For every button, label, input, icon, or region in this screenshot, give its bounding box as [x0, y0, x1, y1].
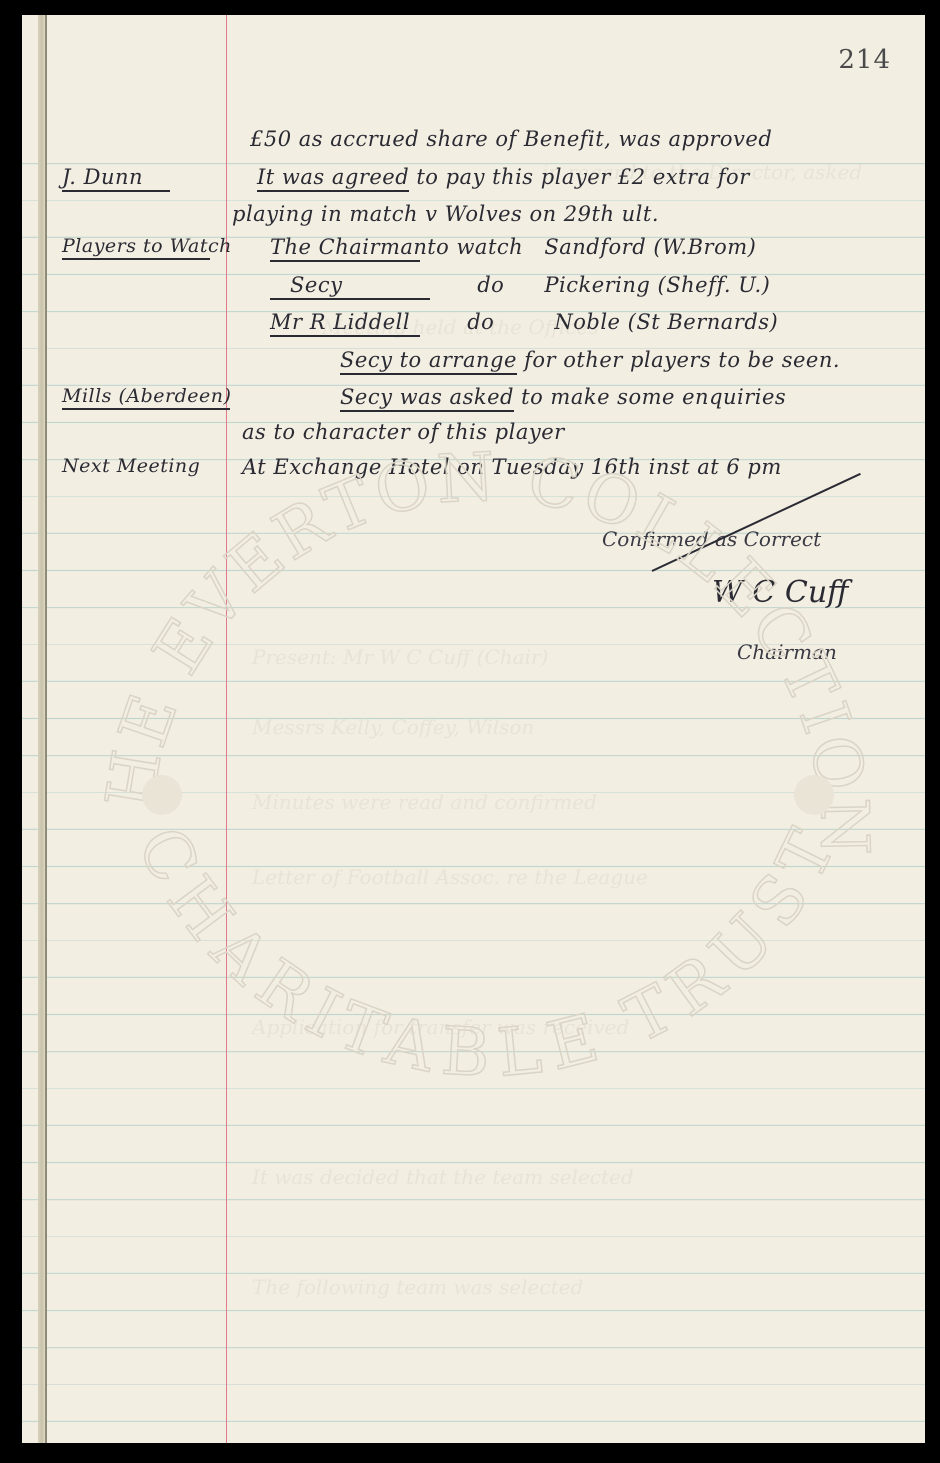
bleed-through-text: It was decided that the team selected [252, 1165, 634, 1189]
chairman-title: Chairman [737, 640, 837, 664]
bleed-through-text: Letter of Football Assoc. re the League [252, 865, 648, 889]
player-name: Noble (St Bernards) [554, 310, 778, 334]
minutes-text: to pay this player £2 extra for [416, 165, 749, 189]
margin-label-next-meeting: Next Meeting [62, 455, 200, 477]
header-space [22, 15, 925, 140]
minutes-text: £50 as accrued share of Benefit, was app… [250, 127, 772, 151]
minutes-text: to watch [427, 235, 537, 259]
minutes-line-1: £50 as accrued share of Benefit, was app… [250, 127, 772, 151]
margin-label-mills: Mills (Aberdeen) [62, 385, 230, 410]
binding-edge [45, 15, 47, 1443]
minutes-underlined-text: Secy [270, 273, 430, 300]
minutes-line-7: Secy to arrange for other players to be … [340, 348, 840, 372]
minutes-line-5: Secy do Pickering (Sheff. U.) [270, 273, 770, 300]
minutes-line-10: At Exchange Hotel on Tuesday 16th inst a… [242, 455, 782, 479]
minutes-underlined-text: The Chairman [270, 235, 420, 262]
confirmed-as-correct: Confirmed as Correct [602, 527, 821, 551]
bleed-through-text: The following team was selected [252, 1275, 583, 1299]
minutes-underlined-text: It was agreed [257, 165, 409, 192]
minutes-text: for other players to be seen. [524, 348, 840, 372]
minutes-underlined-text: Mr R Liddell [270, 310, 420, 337]
page-number: 214 [838, 45, 891, 75]
margin-label-players-to-watch: Players to Watch [62, 235, 210, 260]
bleed-through-text: Present: Mr W C Cuff (Chair) [252, 645, 548, 669]
bleed-through-text: Application for transfer was received [252, 1015, 629, 1039]
margin-label-dunn: J. Dunn [62, 165, 170, 192]
minutes-underlined-text: Secy to arrange [340, 348, 517, 375]
bleed-through-text: Messrs Kelly, Coffey, Wilson [252, 715, 534, 739]
chairman-signature: W C Cuff [712, 575, 848, 610]
minutes-underlined-text: Secy was asked [340, 385, 514, 412]
player-name: Pickering (Sheff. U.) [544, 273, 770, 297]
minutes-text: to make some enquiries [521, 385, 786, 409]
player-name: Sandford (W.Brom) [544, 235, 756, 259]
ledger-page: in regard to the Director, asked Meeting… [22, 15, 925, 1443]
margin-line [226, 15, 227, 1443]
minutes-line-8: Secy was asked to make some enquiries [340, 385, 786, 409]
minutes-line-9: as to character of this player [242, 420, 565, 444]
ditto-mark: do [437, 273, 537, 297]
minutes-line-6: Mr R Liddell do Noble (St Bernards) [270, 310, 778, 337]
minutes-line-3: playing in match v Wolves on 29th ult. [232, 202, 659, 226]
minutes-line-4: The Chairman to watch Sandford (W.Brom) [270, 235, 756, 262]
ditto-mark: do [427, 310, 547, 334]
minutes-line-2: It was agreed to pay this player £2 extr… [257, 165, 750, 189]
bleed-through-text: Minutes were read and confirmed [252, 790, 597, 814]
